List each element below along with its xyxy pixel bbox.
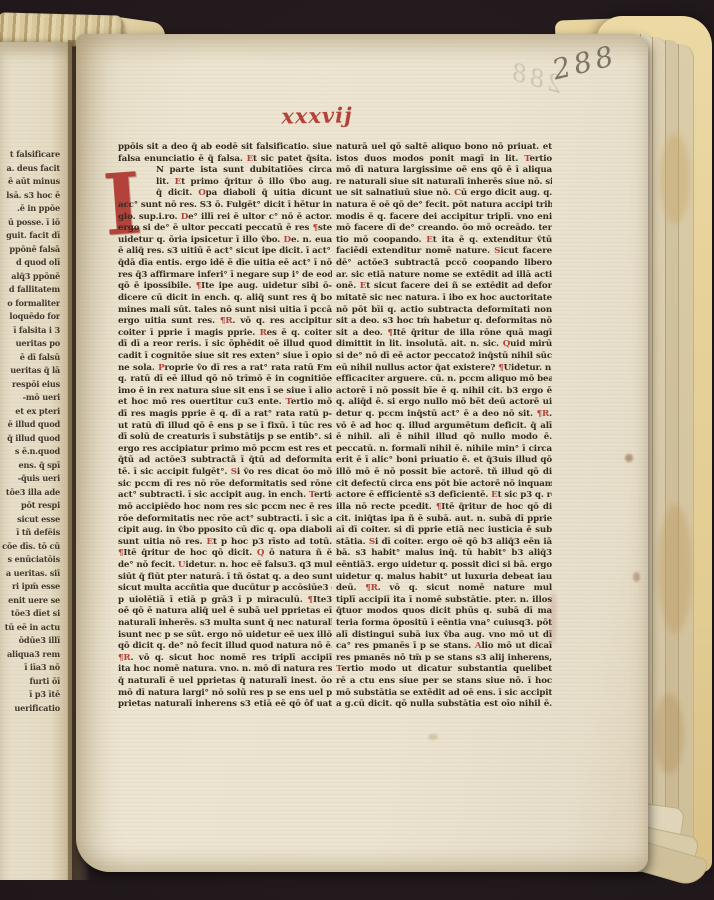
text-line: ¶Itē q̄ritur de hoc qō dicit. Q ō natura…: [118, 548, 332, 560]
text-line: erit ē ī alic° boni priuatio ē. et q̄3ui…: [336, 455, 552, 467]
left-page-text-fragment: loquēdo for: [0, 310, 60, 324]
left-page-text-fragment: ī iīa3 nō: [0, 661, 60, 675]
left-page-text-fragment: tōe3 dīet si: [0, 607, 60, 621]
text-line: p uiolētiā ī etiā p grā3 ī p miraculū. ¶…: [118, 595, 332, 607]
chapter-heading: xxxvij: [252, 102, 382, 129]
text-line: dimittit in lit. insolutā. ait. n. sic. …: [336, 339, 552, 351]
text-line: oē qō ē natura aliq̄ uel ē subā uel ppri…: [118, 606, 332, 618]
text-line: ar. sic etiā nature nome se extēdit ad i…: [336, 270, 552, 282]
rubricated-mark: R: [542, 409, 549, 419]
text-line: mō accipiēdo hoc nom res sic pccm nec ē …: [118, 502, 332, 514]
left-page-text-fragment: ē dī falsū: [0, 351, 60, 365]
rubricated-mark: E: [175, 177, 181, 187]
text-line: ¶R. vō q. sicut hoc nomē res triplī acci…: [118, 653, 332, 665]
rubricated-mark: D: [284, 235, 291, 245]
text-line: teria forma ōpositū ī eēntia vna° cuiusq…: [336, 618, 552, 630]
text-line: q̄ dicit. Opa diaboli q̄ uitia dicunt: [118, 188, 332, 200]
text-line: ue sit salnatiuū siue nō. Cū ergo dicit …: [336, 188, 552, 200]
text-line: detur q. pccm inq̄stū act° ē a deo nō si…: [336, 409, 552, 421]
text-line: N parte ista sunt dubitatiōes circa: [118, 165, 332, 177]
stain: [654, 694, 684, 774]
text-line: imo ē in rex natura siue sit ens ī se si…: [118, 386, 332, 398]
text-line: faciēdi extenditur nomē nature. Sicut fa…: [336, 246, 552, 258]
text-line: re naturali siue sit naturalī inherēs si…: [336, 177, 552, 189]
rubricated-mark: E: [491, 490, 497, 500]
left-page-text-fragment: enit uere se: [0, 594, 60, 608]
rubricated-mark: S: [494, 246, 500, 256]
rubricated-mark: ¶: [313, 223, 318, 233]
book-photo: t falsificarea. deus facitē aūt minuslsā…: [0, 0, 714, 900]
left-page-text-fragment: ū posse. ī iō: [0, 216, 60, 230]
left-page-text-fragment: mō ueri-: [0, 391, 60, 405]
rubricated-mark: R: [260, 328, 267, 338]
text-line: naturā uel qō saltē aliquo bono nō priua…: [336, 142, 552, 154]
left-page-text-fragment: q̄ illud quod: [0, 432, 60, 446]
left-page-text-fragment: q̄uis ueri-: [0, 472, 60, 486]
rubricated-mark: S: [369, 537, 375, 547]
left-page-text-fragment: furti ōī: [0, 675, 60, 689]
text-line: efficaciter arguere. cū. n. pccm aliquo …: [336, 374, 552, 386]
text-line: dī dī a reor reris. ī sic ōphēdit oē ill…: [118, 339, 332, 351]
text-line: prietas naturalī inherens s3 etiā eē qō …: [118, 699, 332, 711]
rubricated-mark: ¶: [436, 502, 441, 512]
fore-edge-pages: [640, 34, 702, 862]
text-line: acc° sunt nō res. S3 ō. Fulgēt° dicit ī …: [118, 200, 332, 212]
left-page-text-fragment: sicut esse: [0, 513, 60, 527]
left-page-text-fragment: lsā. s3 hoc ē: [0, 189, 60, 203]
text-line: dicere cū dicit in ench. q. aliq̄ sunt r…: [118, 293, 332, 305]
text-line: qō ē ipossibile. ¶Ite ipe aug. uidetur s…: [118, 281, 332, 293]
text-line: vō ē ad hoc q. illud argumētum deficit. …: [336, 421, 552, 433]
rubricated-mark: R: [225, 316, 232, 326]
left-page-text-fragment: alq̄3 ppōnē: [0, 270, 60, 284]
stain: [633, 572, 640, 582]
text-line: mō facere dī de° creando. ōo mō ocreādo.…: [336, 223, 552, 235]
text-line: Tertio modo ut dicatur substantia quelib…: [336, 664, 552, 676]
rubricated-mark: E: [360, 281, 366, 291]
text-line: tiplī accipiī ita ī nomē substātie. pter…: [336, 595, 552, 607]
text-line: istos duos modos ponit magī in lit. Tert…: [336, 154, 552, 166]
text-line: mō dī natura largi° nō solū res p se ens…: [118, 688, 332, 700]
text-column-left: ppōis sit a deo q̄ ab eodē sit falsifica…: [118, 142, 332, 711]
text-line: q̄ naturalī ē uel pprietas q̄ naturalī i…: [118, 676, 332, 688]
left-page-text-fragment: t falsificare: [0, 148, 60, 162]
rubricated-mark: E: [247, 154, 253, 164]
rubricated-mark: T: [336, 664, 341, 674]
text-line: peccatū. n. formalī nihil ē. nihile min°…: [336, 444, 552, 456]
text-line: falsa enunciatio ē q̄ falsa. Et sic pate…: [118, 154, 332, 166]
text-line: siūt q̄ fiūt pter naturā. ī tñ ōstat q. …: [118, 572, 332, 584]
text-line: cit defectū circa ens pōt bīe actorē nō …: [336, 479, 552, 491]
text-line: tio mō coopando. Et ita ē q. extenditur …: [336, 235, 552, 247]
left-page-text-fragment: uerificatio: [0, 702, 60, 716]
left-page-text-fragment: tōe3 illa ade: [0, 486, 60, 500]
text-line: sit a deo. s3 hoc tm̄ habetur q. deformi…: [336, 316, 552, 328]
stain: [625, 454, 633, 462]
text-line: ē nihil. alī ē nihil illud qō nullo modo…: [336, 432, 552, 444]
rubricated-mark: ¶: [118, 548, 123, 558]
rubricated-mark: ¶: [196, 281, 201, 291]
text-line: q. aliq̄d ē. si ergo nullo mō bēt deū ac…: [336, 397, 552, 409]
left-page-text-fragment: pōt respi: [0, 499, 60, 513]
text-line: rē a ctu ens siue per se stans siue nō. …: [336, 676, 552, 688]
text-line: act° subtracti. ī sic accipit aug. in en…: [118, 490, 332, 502]
text-line: eū nihil nullus actor q̄at existere? ¶Ui…: [336, 363, 552, 375]
text-line: et hoc mō res ouertitur cu3 ente. Tertio…: [118, 397, 332, 409]
text-line: glo. sup.i.ro. De° illī rei ē ultor c° n…: [118, 212, 332, 224]
left-page-text-fragment: guit. facit dī: [0, 229, 60, 243]
text-line: deū. ¶R. vō q. sicut nomē nature mul: [336, 583, 552, 595]
text-line: ē aliq̄ res. s3 uitiū ē act° sicut ipe d…: [118, 246, 332, 258]
left-page-text-fragment: ē illud quod: [0, 418, 60, 432]
rubricated-mark: Q: [503, 339, 510, 349]
rubricated-mark: O: [198, 188, 205, 198]
text-line: mines mali sūt. tales nō sunt nisi uitia…: [118, 305, 332, 317]
text-line: onē. Et sicut facere dei ñ se extēdit ad…: [336, 281, 552, 293]
stain: [658, 504, 692, 634]
text-line: ita hoc nomē natura. vno. n. mō dī natur…: [118, 664, 332, 676]
text-line: natura ē oē qō de° fecit. pōt natura acc…: [336, 200, 552, 212]
left-page-text-fragment: d fallitatem: [0, 283, 60, 297]
text-line: dī solū de creaturis ī substātijs p se e…: [118, 432, 332, 444]
text-line: uidetur q. ōria ipsicetur ī illo v̄bo. D…: [118, 235, 332, 247]
text-line: sit a deo. ¶Itē q̄ritur de illa rōne quā…: [336, 328, 552, 340]
left-page-text-fragment: a ueritas. siī: [0, 567, 60, 581]
text-line: qō dicit q. de° nō fecit illud quod natu…: [118, 641, 332, 653]
left-page-text-fragment: 3 ī falsita i: [0, 324, 60, 338]
text-line: rōe deformitatis nec rōe act° subtracti.…: [118, 514, 332, 526]
rubricated-mark: T: [309, 490, 314, 500]
left-page-text-fragment: tū eē in actu: [0, 621, 60, 635]
left-page-text-column: t falsificarea. deus facitē aūt minuslsā…: [0, 148, 60, 715]
text-line: isunt nec p se sūt. ergo nō uidetur eē u…: [118, 630, 332, 642]
text-line: ergo si de° ē ultor peccati peccatū ē re…: [118, 223, 332, 235]
text-line: ut ratū dī illud qō ē ens p se ī fixū. ī…: [118, 421, 332, 433]
text-line: stātia. Si dī coiter. ergo oē qō b3 aliq…: [336, 537, 552, 549]
left-page-text-fragment: ppōnē falsā: [0, 243, 60, 257]
text-line: q̄dā dīa entis. ergo idē ē dīe uitia eē …: [118, 258, 332, 270]
left-page-text-fragment: cōe dīs. tō cū: [0, 540, 60, 554]
rubricated-mark: T: [524, 154, 529, 164]
left-page-text-fragment: ri ipm̄ esse: [0, 580, 60, 594]
text-line: cadit ī cognitōe siue sit res exten° siu…: [118, 351, 332, 363]
text-line: lit. Et primo q̄ritur ō illo v̄bo aug.: [118, 177, 332, 189]
rubricated-mark: R: [123, 653, 130, 663]
text-line: coiter ī pprie ī magis pprie. Res ē q. c…: [118, 328, 332, 340]
text-line: sicut multa accñtia que ducūtur p accōsi…: [118, 583, 332, 595]
left-page-text-fragment: ē aūt minus: [0, 175, 60, 189]
left-page-text-fragment: d quod olī: [0, 256, 60, 270]
left-page-text-fragment: o formaliter: [0, 297, 60, 311]
rubricated-mark: ¶: [387, 328, 392, 338]
rubricated-mark: C: [454, 188, 461, 198]
stain: [660, 134, 690, 224]
rubricated-mark: Q: [257, 548, 264, 558]
left-page-text-fragment: s enūciatōis: [0, 553, 60, 567]
left-page-text-fragment: ī tñ defēis: [0, 526, 60, 540]
text-line: cit. iniq̄tas ipa ñ ē subā. aut. n. subā…: [336, 514, 552, 526]
text-line: illa nō recte pcedit. ¶Itē q̄ritur de ho…: [336, 502, 552, 514]
left-page-text-fragment: ens. q̄ spī: [0, 459, 60, 473]
text-line: mō dī natura largissime oē ens qō ē ī al…: [336, 165, 552, 177]
rubricated-mark: ¶: [498, 363, 503, 373]
text-line: aī dī coiter. si dī pprie etiā nec iusti…: [336, 525, 552, 537]
rubricated-mark: S: [231, 467, 237, 477]
text-line: illō mō ē nō possit bīe actorē. tñ illud…: [336, 467, 552, 479]
left-page-text-fragment: ueritas q̄ lā: [0, 364, 60, 378]
rubricated-mark: D: [181, 212, 188, 222]
stain: [428, 734, 438, 740]
text-line: ergo res accipiatur primo mō pccm est re…: [118, 444, 332, 456]
left-page-text-fragment: respōi eius: [0, 378, 60, 392]
text-line: bā. s3 habit° malus inq̄. tū habit° b3 a…: [336, 548, 552, 560]
text-line: tē. ī sic accipit fulgēt°. Si v̄o res di…: [118, 467, 332, 479]
text-line: uidetur q. malus habit° ut luxuria debea…: [336, 572, 552, 584]
text-line: ergo uitia sunt res. ¶R. vō q. res accip…: [118, 316, 332, 328]
text-line: res pmanēs nō tm̄ p se stans s3 alij inh…: [336, 653, 552, 665]
text-line: eēntiā3. ergo uidetur q. possit dici si …: [336, 560, 552, 572]
left-page-text-fragment: ueritas po: [0, 337, 60, 351]
text-line: cipit aug. in v̄bo pposito cū dīc q. opa…: [118, 525, 332, 537]
rubricated-mark: A: [475, 641, 482, 651]
text-line: dē° actōe3 subtractā pccō coopando liber…: [336, 258, 552, 270]
text-line: ppōis sit a deo q̄ ab eodē sit falsifica…: [118, 142, 332, 154]
text-line: si de° nō dī eē actor peccatoz̄ inq̄stū …: [336, 351, 552, 363]
text-line: alī distingui subā iux v̄ba aug. vno mō …: [336, 630, 552, 642]
rubricated-mark: U: [178, 560, 185, 570]
text-line: mitatē sic nec natura. ī ibo ex hoc auct…: [336, 293, 552, 305]
text-column-right: naturā uel qō saltē aliquo bono nō priua…: [336, 142, 552, 711]
text-line: ca° res pmanēs ī p se stans. Alio mō ut …: [336, 641, 552, 653]
rubricated-mark: E: [207, 537, 213, 547]
text-line: q̄tuor modos quos dicit phūs q. subā dī …: [336, 606, 552, 618]
left-page-text-fragment: s ē.n.quod: [0, 445, 60, 459]
left-page-text-fragment: ē in ppōe.: [0, 202, 60, 216]
left-page-text-fragment: aliqua3 rem: [0, 648, 60, 662]
text-line: res q̄3 affirmare inferi° ī negare sup i…: [118, 270, 332, 282]
text-line: ne sola. Proprie v̄o dī res a rat° rata …: [118, 363, 332, 375]
text-line: sunt uitia nō res. Et p hoc p3 rīsto ad …: [118, 537, 332, 549]
text-line: q̄tū ad actōe3 subtractā ī q̄tū ad defor…: [118, 455, 332, 467]
left-page-text-fragment: a. deus facit: [0, 162, 60, 176]
text-line: nō pōt bīi q. actio subtracta deformitat…: [336, 305, 552, 317]
text-line: modis ē q. facere dei accipitur triplī. …: [336, 212, 552, 224]
text-line: actorē ī nō possit bīe ē q. nihil cit. b…: [336, 386, 552, 398]
rubricated-mark: P: [158, 363, 164, 373]
text-line: a g.cū dicit. qō nulla substātia est oīo…: [336, 699, 552, 711]
rubricated-mark: ¶: [308, 595, 313, 605]
text-line: mō substātia se extēdit ad oē ens. ī sic…: [336, 688, 552, 700]
rubricated-mark: R: [371, 583, 378, 593]
rubricated-mark: T: [286, 397, 291, 407]
left-page-text-fragment: ī p3 ītē: [0, 688, 60, 702]
left-page-text-fragment: et ex pteri: [0, 405, 60, 419]
text-line: q. ratū dī eē illud qō nō trīmō ē in cog…: [118, 374, 332, 386]
text-line: sic pccm dī res nō rōe deformitatis sed …: [118, 479, 332, 491]
text-line: actore ē efficientē s3 deficientē. Et si…: [336, 490, 552, 502]
text-line: dī res magis pprie ē q. dī a rat° rata r…: [118, 409, 332, 421]
text-line: de° nō fecit. Uidetur. n. hoc eē falsu3.…: [118, 560, 332, 572]
left-page-text-fragment: ōdūe3 illī: [0, 634, 60, 648]
text-line: naturalī inherēs. s3 multa sunt q̄ nec n…: [118, 618, 332, 630]
rubricated-mark: E: [426, 235, 432, 245]
